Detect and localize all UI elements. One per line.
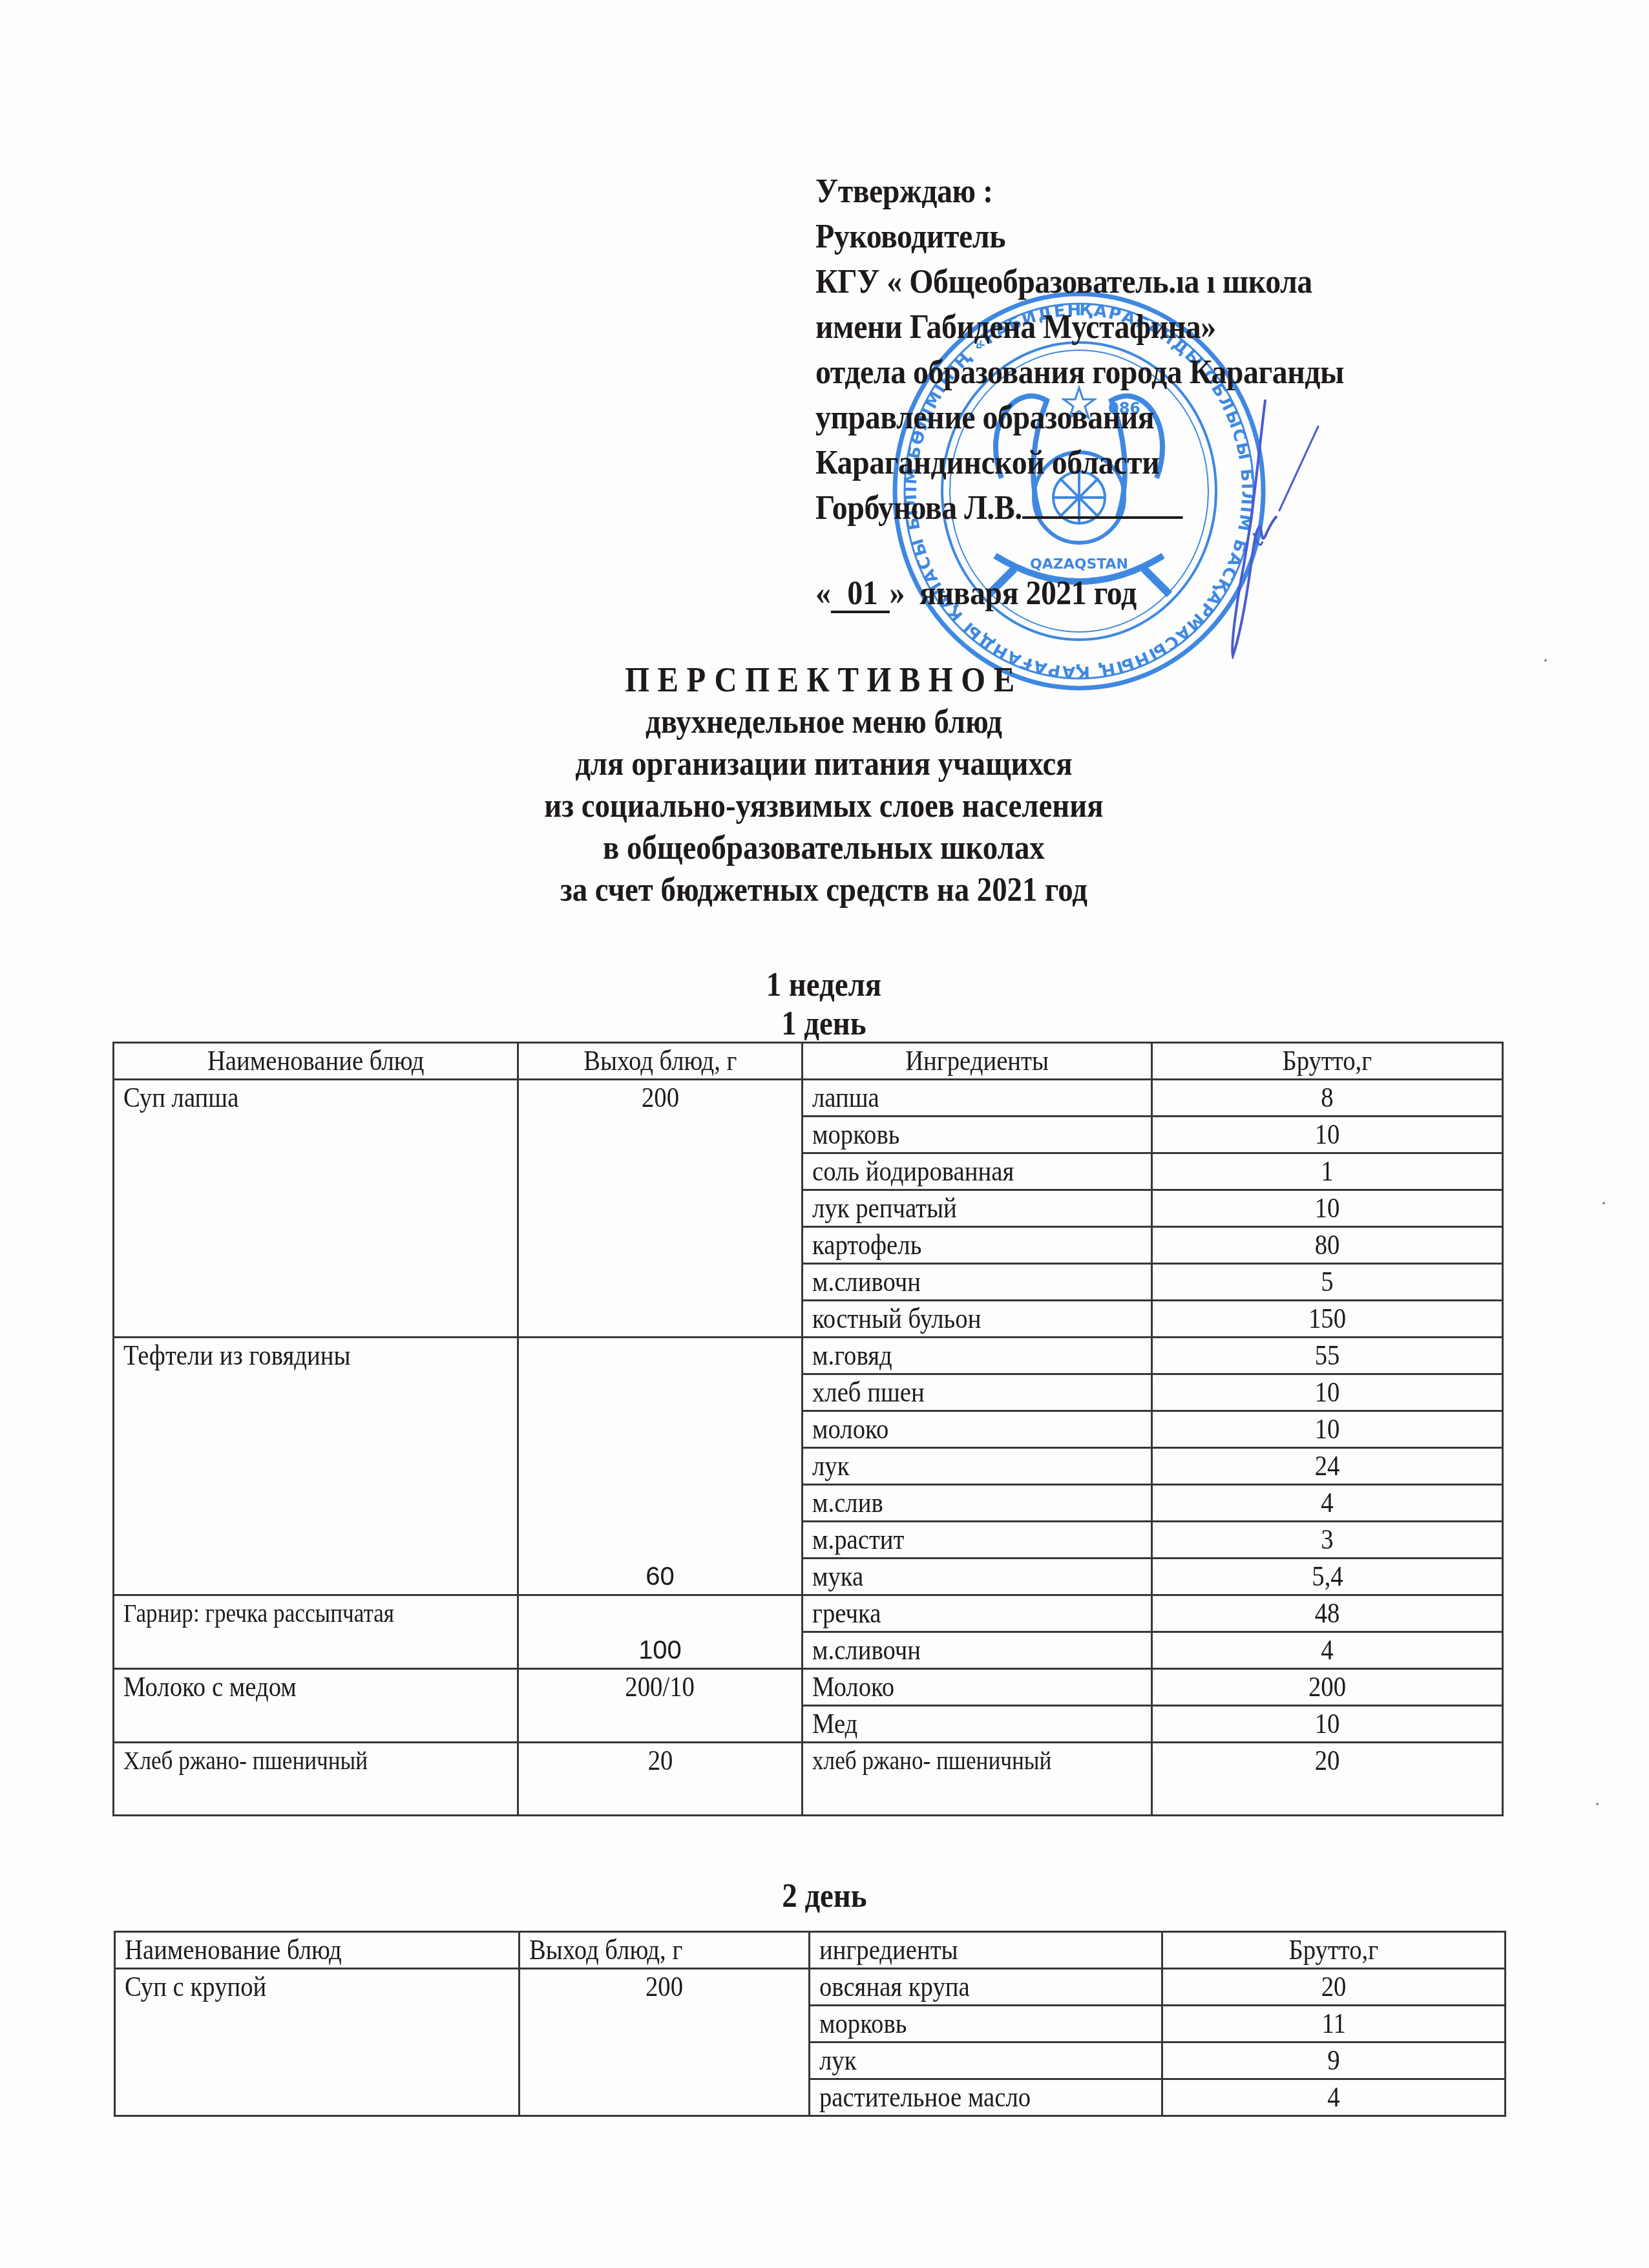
title-line: за счет бюджетных средств на 2021 год bbox=[82, 869, 1566, 911]
week-heading: 1 неделя 1 день bbox=[0, 966, 1649, 1044]
ingredient-gross: 48 bbox=[1152, 1595, 1503, 1632]
ingredient-gross: 5,4 bbox=[1152, 1559, 1503, 1595]
column-header-dish: Наименование блюд bbox=[114, 1043, 518, 1080]
ingredient-name: Молоко bbox=[803, 1669, 1152, 1706]
approval-line: КГУ « Общеобразователь.ıa ı школа bbox=[815, 260, 1344, 305]
ingredient-name: растительное масло bbox=[810, 2079, 1162, 2116]
column-header-ingredients: ингредиенты bbox=[810, 1932, 1162, 1969]
ingredient-gross: 10 bbox=[1152, 1706, 1503, 1743]
title-line: двухнедельное меню блюд bbox=[82, 701, 1566, 743]
table-row: Молоко с медом 200/10 Молоко 200 bbox=[114, 1669, 1503, 1706]
column-header-dish: Наименование блюд bbox=[115, 1932, 520, 1969]
ingredient-name: морковь bbox=[810, 2006, 1162, 2042]
ingredient-name: соль йодированная bbox=[803, 1153, 1152, 1190]
table-row: Суп лапша 200 лапша 8 bbox=[114, 1080, 1503, 1117]
ingredient-name: лук репчатый bbox=[803, 1190, 1152, 1227]
ingredient-name: м.сливочн bbox=[803, 1264, 1152, 1301]
ingredient-gross: 20 bbox=[1152, 1743, 1503, 1816]
dish-name: Суп лапша bbox=[114, 1080, 518, 1338]
title-line: для организации питания учащихся bbox=[82, 743, 1566, 785]
day-heading: 2 день bbox=[0, 1877, 1649, 1916]
day-label: 2 день bbox=[782, 1877, 867, 1916]
ingredient-name: молоко bbox=[803, 1411, 1152, 1448]
ingredient-gross: 9 bbox=[1162, 2042, 1506, 2079]
ingredient-gross: 10 bbox=[1152, 1117, 1503, 1153]
ingredient-name: морковь bbox=[803, 1117, 1152, 1153]
table-header-row: Наименование блюд Выход блюд, г ингредие… bbox=[115, 1932, 1506, 1969]
ingredient-gross: 11 bbox=[1162, 2006, 1506, 2042]
ingredient-gross: 24 bbox=[1152, 1448, 1503, 1485]
title-line: из социально-уязвимых слоев населения bbox=[82, 785, 1566, 827]
table-row: Суп с крупой 200 овсяная крупа 20 bbox=[115, 1969, 1506, 2006]
ingredient-gross: 200 bbox=[1152, 1669, 1503, 1706]
ingredient-name: Мед bbox=[803, 1706, 1152, 1743]
ingredient-gross: 5 bbox=[1152, 1264, 1503, 1301]
column-header-yield: Выход блюд, г bbox=[518, 1043, 803, 1080]
approval-line: имени Габидена Мустафина» bbox=[815, 305, 1344, 350]
ingredient-name: м.говяд bbox=[803, 1338, 1152, 1374]
ingredient-gross: 10 bbox=[1152, 1411, 1503, 1448]
table-row: Хлеб ржано- пшеничный 20 хлеб ржано- пше… bbox=[114, 1743, 1503, 1816]
dish-yield: 200/10 bbox=[518, 1669, 803, 1743]
dish-name: Тефтели из говядины bbox=[114, 1338, 518, 1595]
ingredient-gross: 10 bbox=[1152, 1190, 1503, 1227]
ingredient-gross: 3 bbox=[1152, 1522, 1503, 1559]
column-header-ingredients: Ингредиенты bbox=[803, 1043, 1152, 1080]
dish-name: Суп с крупой bbox=[115, 1969, 520, 2116]
ingredient-gross: 1 bbox=[1152, 1153, 1503, 1190]
date-month-year: января 2021 год bbox=[919, 575, 1137, 612]
ingredient-name: овсяная крупа bbox=[810, 1969, 1162, 2006]
ingredient-gross: 20 bbox=[1162, 1969, 1506, 2006]
dish-name: Молоко с медом bbox=[114, 1669, 518, 1743]
ingredient-name: м.растит bbox=[803, 1522, 1152, 1559]
document-page: ҚАРАҒАНДЫ ОБЛЫСЫ БІЛІМ БАСҚАРМАСЫНЫҢ ҚАР… bbox=[0, 0, 1649, 2268]
dish-yield: 100 bbox=[518, 1595, 803, 1669]
scan-speck bbox=[1602, 1202, 1605, 1204]
day-label: 1 день bbox=[82, 1005, 1566, 1044]
ingredient-name: лук bbox=[810, 2042, 1162, 2079]
ingredient-name: лапша bbox=[803, 1080, 1152, 1117]
date-open-quote: « bbox=[815, 575, 830, 612]
ingredient-name: м.сливочн bbox=[803, 1632, 1152, 1669]
table-row: Гарнир: гречка рассыпчатая 100 гречка 48 bbox=[114, 1595, 1503, 1632]
approval-line: Руководитель bbox=[815, 215, 1344, 260]
ingredient-gross: 10 bbox=[1152, 1374, 1503, 1411]
ingredient-name: гречка bbox=[803, 1595, 1152, 1632]
ingredient-gross: 4 bbox=[1162, 2079, 1506, 2116]
ingredient-name: мука bbox=[803, 1559, 1152, 1595]
ingredient-gross: 8 bbox=[1152, 1080, 1503, 1117]
signature-underline bbox=[1022, 488, 1182, 519]
ingredient-name: хлеб ржано- пшеничный bbox=[803, 1743, 1152, 1816]
date-day: 01 bbox=[830, 577, 889, 613]
date-close-quote: » bbox=[890, 575, 905, 612]
table-row: Тефтели из говядины 60 м.говяд 55 bbox=[114, 1338, 1503, 1374]
ingredient-gross: 150 bbox=[1152, 1301, 1503, 1338]
signature-icon bbox=[1215, 388, 1370, 659]
title-line: в общеобразовательных школах bbox=[82, 827, 1566, 869]
column-header-gross: Брутто,г bbox=[1152, 1043, 1503, 1080]
ingredient-name: м.слив bbox=[803, 1485, 1152, 1522]
column-header-yield: Выход блюд, г bbox=[520, 1932, 810, 1969]
week-label: 1 неделя bbox=[82, 966, 1566, 1005]
approver-name: Горбунова Л.В. bbox=[815, 490, 1022, 527]
ingredient-gross: 4 bbox=[1152, 1632, 1503, 1669]
dish-yield: 60 bbox=[518, 1338, 803, 1595]
dish-yield: 200 bbox=[518, 1080, 803, 1338]
dish-name: Хлеб ржано- пшеничный bbox=[114, 1743, 518, 1816]
dish-yield: 200 bbox=[520, 1969, 810, 2116]
document-title: ПЕРСПЕКТИВНОЕ двухнедельное меню блюд дл… bbox=[0, 659, 1649, 911]
title-heading: ПЕРСПЕКТИВНОЕ bbox=[82, 659, 1566, 701]
dish-yield: 20 bbox=[518, 1743, 803, 1816]
ingredient-name: хлеб пшен bbox=[803, 1374, 1152, 1411]
scan-speck bbox=[1596, 1803, 1599, 1805]
menu-table-day-2: Наименование блюд Выход блюд, г ингредие… bbox=[114, 1931, 1506, 2117]
ingredient-name: лук bbox=[803, 1448, 1152, 1485]
menu-table-day-1: Наименование блюд Выход блюд, г Ингредие… bbox=[112, 1042, 1504, 1816]
ingredient-gross: 80 bbox=[1152, 1227, 1503, 1264]
approval-line: Утверждаю : bbox=[815, 169, 1344, 215]
ingredient-gross: 55 bbox=[1152, 1338, 1503, 1374]
ingredient-gross: 4 bbox=[1152, 1485, 1503, 1522]
table-header-row: Наименование блюд Выход блюд, г Ингредие… bbox=[114, 1043, 1503, 1080]
ingredient-name: картофель bbox=[803, 1227, 1152, 1264]
dish-name: Гарнир: гречка рассыпчатая bbox=[114, 1595, 518, 1669]
column-header-gross: Брутто,г bbox=[1162, 1932, 1506, 1969]
ingredient-name: костный бульон bbox=[803, 1301, 1152, 1338]
